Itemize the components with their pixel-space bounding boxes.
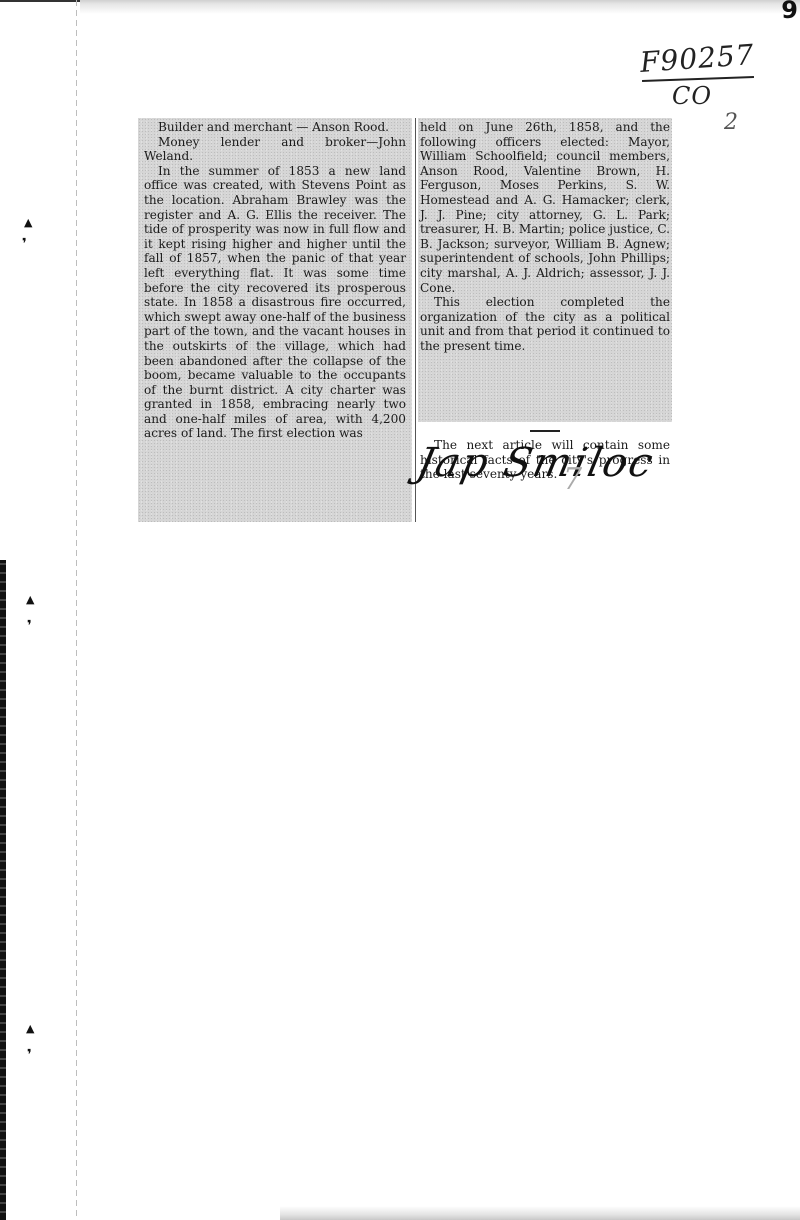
binder-mark-icon: ❜ xyxy=(27,618,32,634)
article-column-right: held on June 26th, 1858, and the followi… xyxy=(418,118,672,422)
binder-mark-icon: ❜ xyxy=(22,236,27,252)
stray-pencil-mark: 7 xyxy=(563,462,582,497)
article-paragraph: Money lender and broker—John Weland. xyxy=(144,135,406,164)
scan-top-noise xyxy=(80,0,800,14)
handwritten-accession-number: F90257 xyxy=(639,38,756,79)
author-signature: Jap Smiloc xyxy=(413,440,658,486)
binder-mark-icon: ❜ xyxy=(27,1047,32,1063)
article-paragraph: This election completed the organization… xyxy=(420,295,670,353)
scan-bottom-noise xyxy=(280,1206,800,1220)
article-column-left: Builder and merchant — Anson Rood. Money… xyxy=(138,118,412,522)
section-rule xyxy=(530,430,560,432)
scan-left-edge xyxy=(0,560,6,1220)
binder-mark-icon: ▲ xyxy=(24,216,32,229)
scan-fold-line xyxy=(76,0,77,1220)
handwritten-code: CO xyxy=(672,82,712,110)
scan-top-edge xyxy=(0,0,80,2)
binder-mark-icon: ▲ xyxy=(26,593,34,606)
article-paragraph: held on June 26th, 1858, and the followi… xyxy=(420,120,670,295)
binder-mark-icon: ▲ xyxy=(26,1022,34,1035)
article-paragraph: Builder and merchant — Anson Rood. xyxy=(144,120,406,135)
article-paragraph: In the summer of 1853 a new land office … xyxy=(144,164,406,441)
handwritten-sheet-number: 2 xyxy=(724,110,739,135)
column-divider xyxy=(415,118,416,522)
page-number: 9 xyxy=(781,0,798,24)
